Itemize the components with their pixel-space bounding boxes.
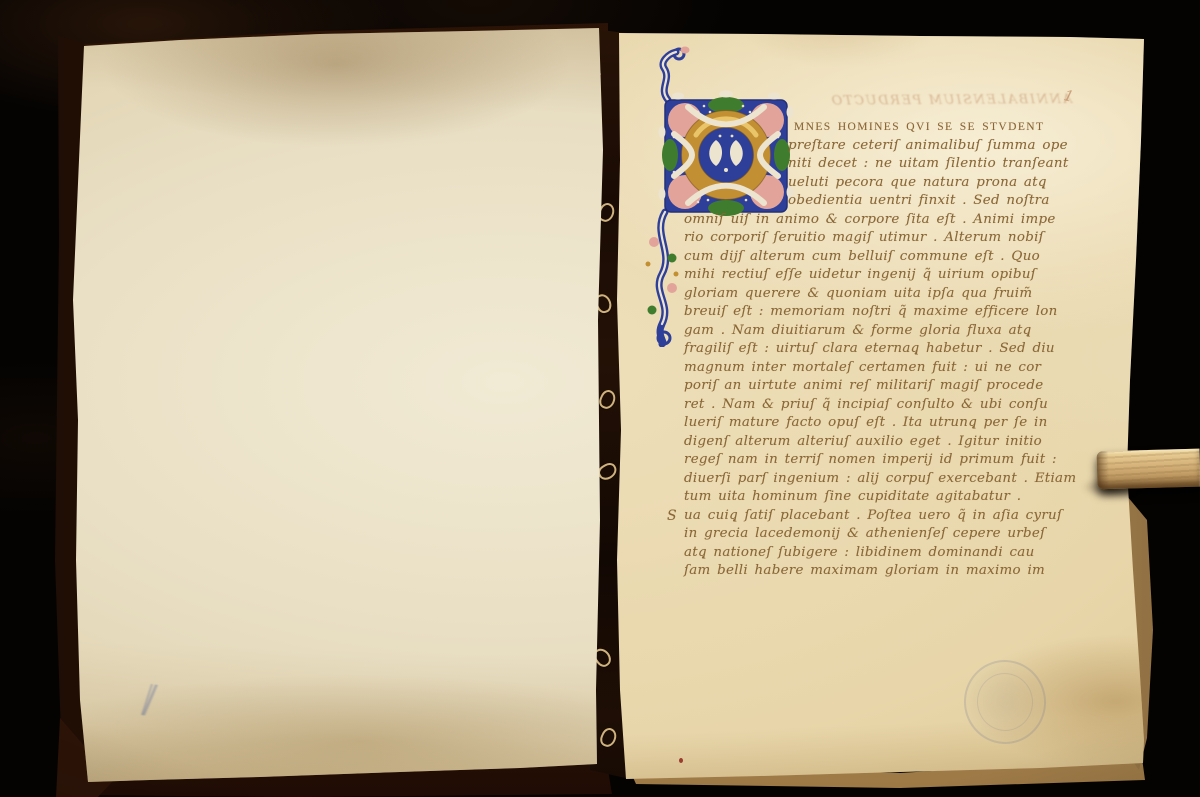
show-through-inscription: ANNIBALENSIUM PERDUCTO bbox=[772, 92, 1072, 112]
manuscript-line: in grecia lacedemonij & athenienſeſ cepe… bbox=[684, 526, 1056, 545]
manuscript-line: cum dijſ alterum cum belluiſ commune eſt… bbox=[684, 249, 1056, 268]
manuscript-line: gloriam querere & quoniam uita ipſa qua … bbox=[684, 286, 1056, 305]
marginal-versal-letter: S bbox=[667, 508, 677, 524]
manuscript-line: ſam belli habere maximam gloriam in maxi… bbox=[684, 563, 1056, 582]
manuscript-line: obedientia uentri finxit . Sed noſtra bbox=[788, 193, 1056, 212]
manuscript-line: preſtare ceteriſ animalibuſ ſumma ope bbox=[788, 138, 1056, 157]
manuscript-line: lueriſ mature facto opuſ eſt . Ita utrun… bbox=[684, 415, 1056, 434]
red-ink-spot bbox=[679, 758, 683, 763]
manuscript-line: diuerſi parſ ingenium : alij corpuſ exer… bbox=[684, 471, 1056, 490]
incipit-line: MNES HOMINES QVI SE SE STVDENT bbox=[794, 119, 1056, 138]
manuscript-line: magnum inter mortaleſ certamen fuit : ui… bbox=[684, 360, 1056, 379]
library-stamp bbox=[959, 655, 1052, 750]
manuscript-line: digenſ alterum alteriuſ auxilio eget . I… bbox=[684, 434, 1056, 453]
text-block: MNES HOMINES QVI SE SE STVDENTpreſtare c… bbox=[684, 119, 1056, 582]
manuscript-line: niti decet : ne uitam ſilentio tranſeant bbox=[788, 156, 1056, 175]
manuscript-line: regeſ nam in terriſ nomen imperij id pri… bbox=[684, 452, 1056, 471]
manuscript-line: omniſ uiſ in animo & corpore ſita eſt . … bbox=[684, 212, 1056, 231]
manuscript-line: gam . Nam diuitiarum & forme gloria flux… bbox=[684, 323, 1056, 342]
manuscript-line: Sua cuiq̨ ſatiſ placebant . Poſtea uero … bbox=[684, 508, 1056, 527]
manuscript-line: rio corporiſ ſeruitio magiſ utimur . Alt… bbox=[684, 230, 1056, 249]
manuscript-photo: ANNIBALENSIUM PERDUCTO 1 bbox=[0, 0, 1200, 797]
folio-number: 1 bbox=[1062, 86, 1076, 106]
manuscript-line: breuiſ eſt : memoriam noſtri q̃ maxime e… bbox=[684, 304, 1056, 323]
manuscript-line: fragiliſ eſt : uirtuſ clara eternaq̨ hab… bbox=[684, 341, 1056, 360]
manuscript-line: mihi rectiuſ eſſe uidetur ingenij q̃ uir… bbox=[684, 267, 1056, 286]
wooden-bookmark-stick bbox=[1097, 449, 1200, 490]
ink-smudge bbox=[139, 683, 161, 717]
manuscript-line: ueluti pecora que natura prona atq̨ bbox=[788, 175, 1056, 194]
line-text: ua cuiq̨ ſatiſ placebant . Poſtea uero q… bbox=[684, 508, 1062, 523]
manuscript-line: poriſ an uirtute animi reſ militariſ mag… bbox=[684, 378, 1056, 397]
manuscript-line: tum uita hominum ſine cupiditate agitaba… bbox=[684, 489, 1056, 508]
manuscript-line: ret . Nam & priuſ q̃ incipiaſ conſulto &… bbox=[684, 397, 1056, 416]
manuscript-line: atq̨ nationeſ ſubigere : libidinem domin… bbox=[684, 545, 1056, 564]
